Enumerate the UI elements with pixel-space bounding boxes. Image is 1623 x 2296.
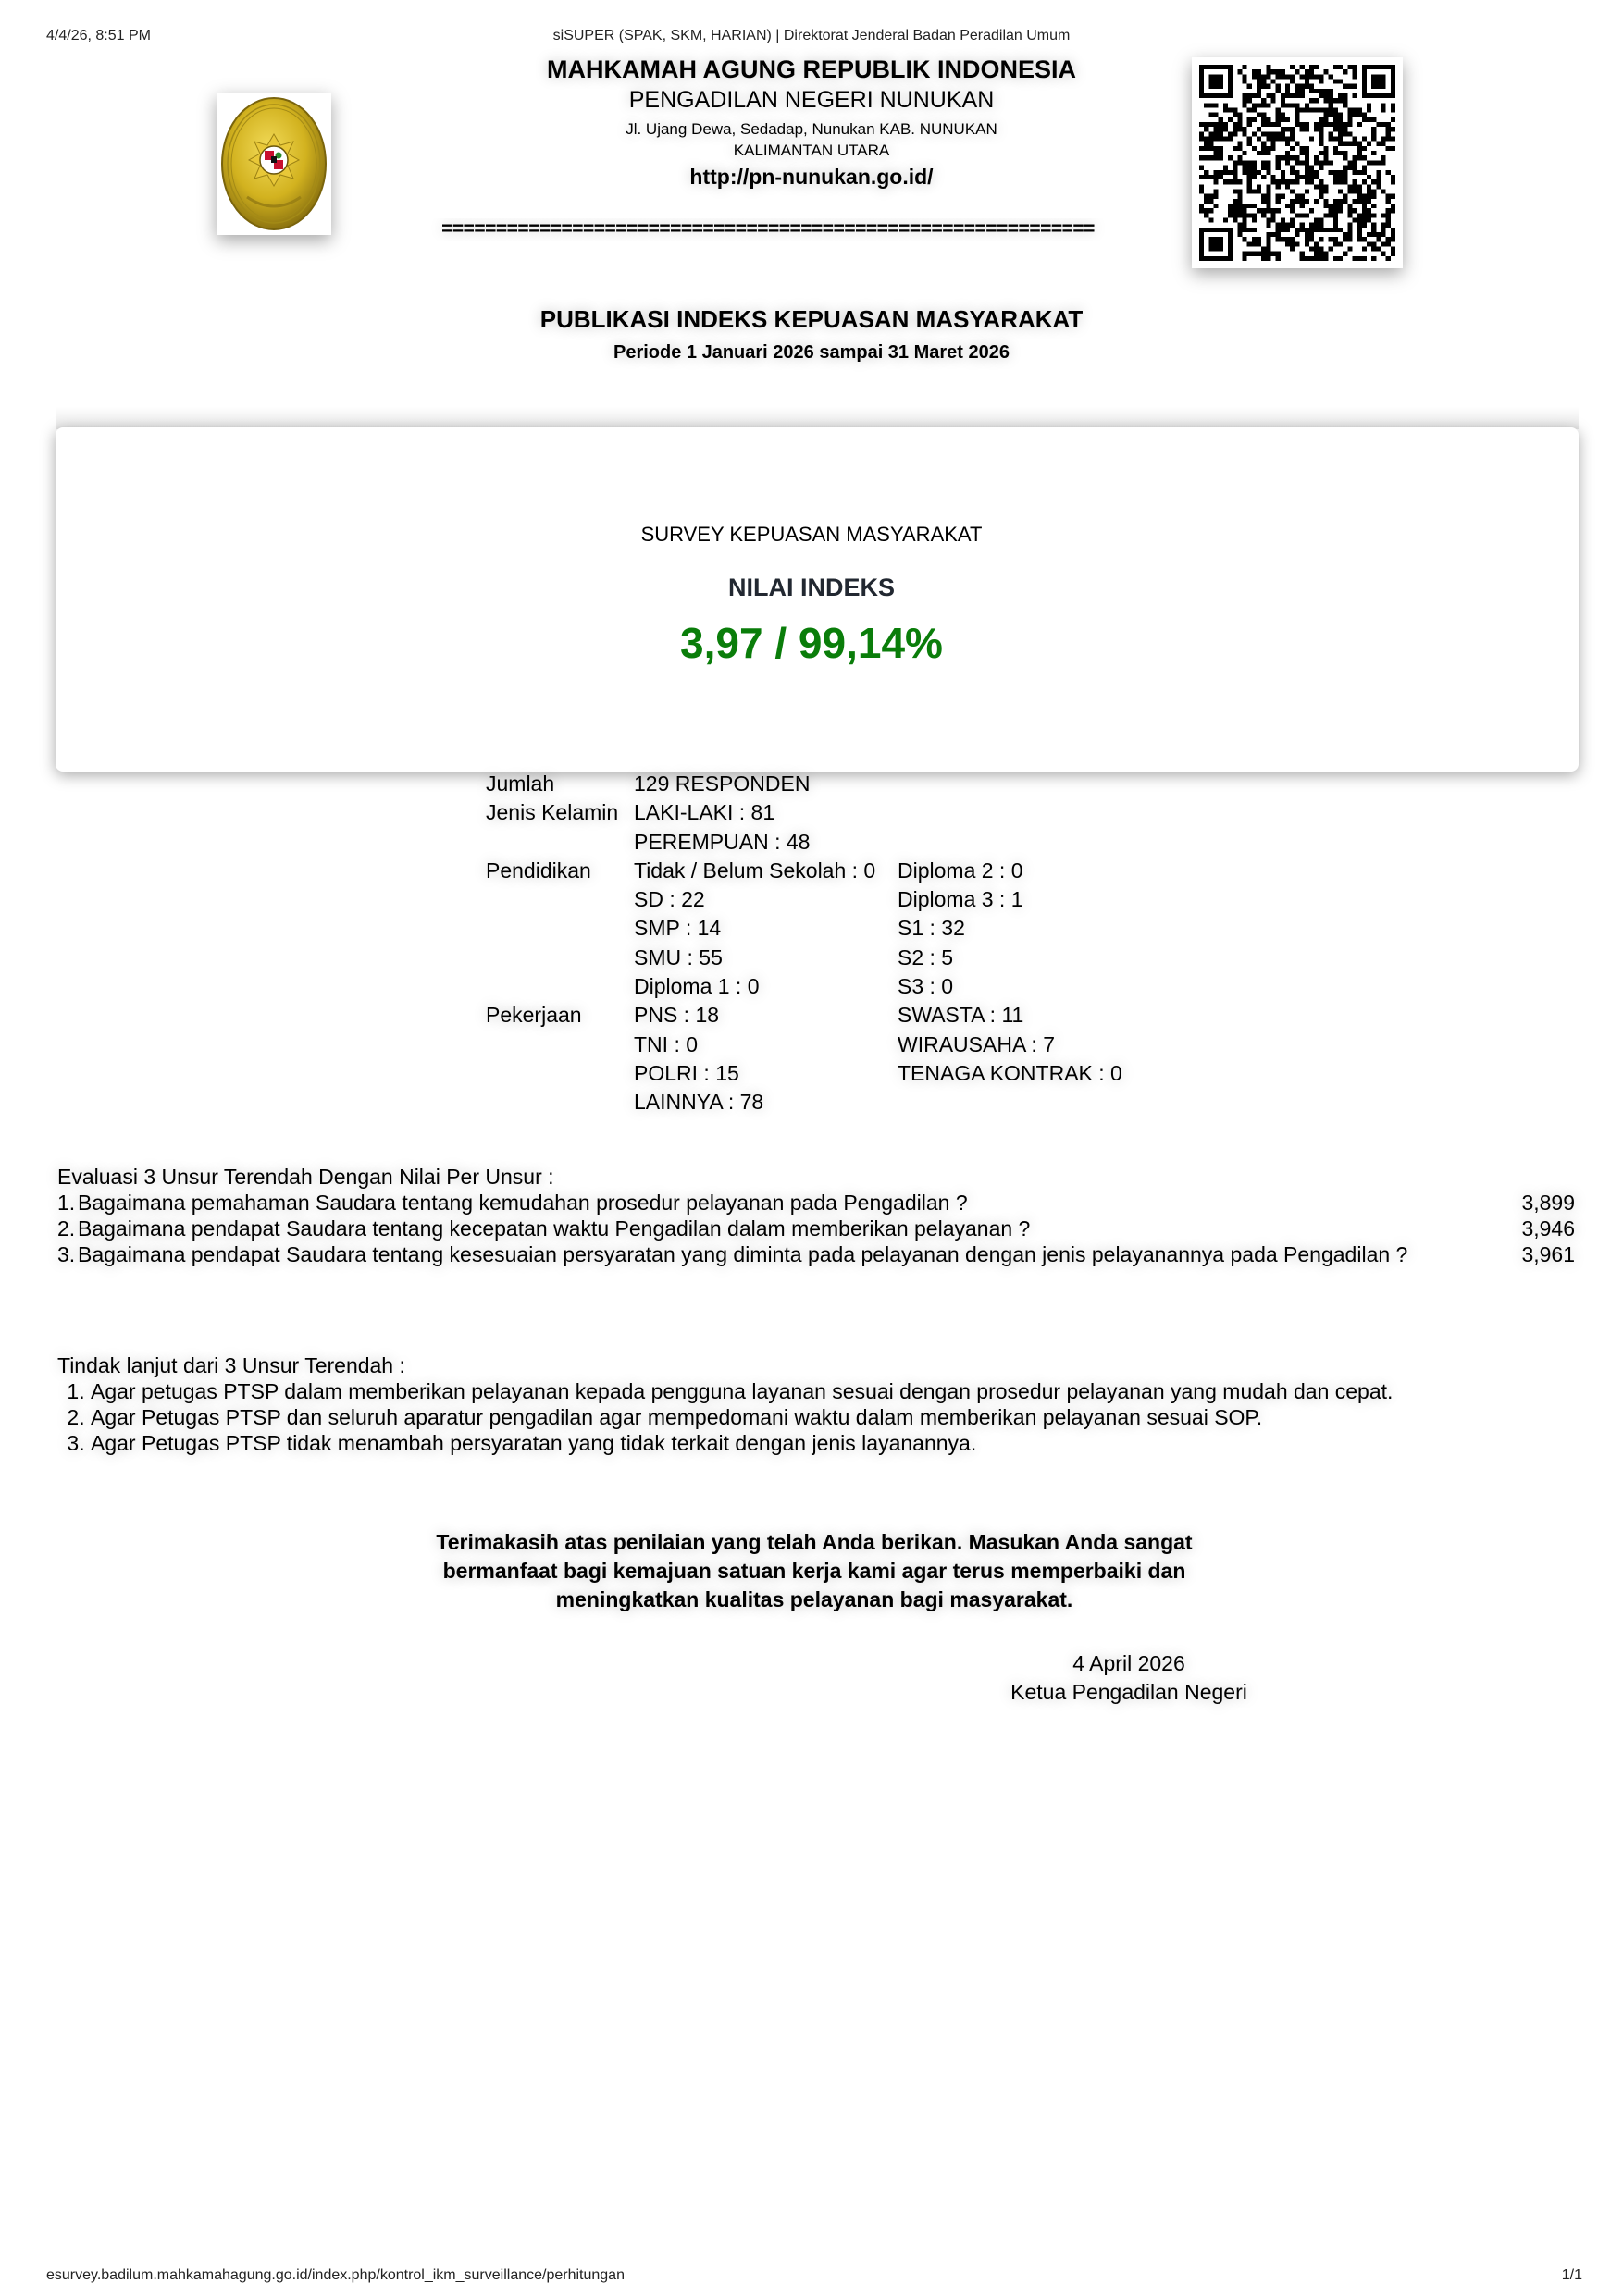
respondent-row: SMP : 14S1 : 32 — [486, 916, 1122, 944]
sign-date: 4 April 2026 — [990, 1651, 1268, 1676]
follow-up-item: Agar Petugas PTSP tidak menambah persyar… — [91, 1430, 1584, 1456]
respondent-row: PekerjaanPNS : 18SWASTA : 11 — [486, 1003, 1122, 1031]
follow-up-list: Agar petugas PTSP dalam memberikan pelay… — [57, 1378, 1584, 1456]
respondent-row: Jenis KelaminLAKI-LAKI : 81 — [486, 800, 1122, 829]
evaluation-score: 3,961 — [1518, 1241, 1575, 1267]
respondent-category — [486, 945, 634, 974]
qr-code — [1192, 57, 1403, 268]
respondent-category: Jumlah — [486, 772, 634, 800]
respondent-value: SMU : 55 — [634, 945, 898, 974]
respondent-value: Tidak / Belum Sekolah : 0 — [634, 858, 898, 887]
respondent-category: Pekerjaan — [486, 1003, 634, 1031]
respondent-category — [486, 916, 634, 944]
respondent-value: Diploma 3 : 1 — [898, 887, 1122, 916]
respondent-row: POLRI : 15TENAGA KONTRAK : 0 — [486, 1061, 1122, 1090]
evaluation-item: 2.Bagaimana pendapat Saudara tentang kec… — [57, 1216, 1575, 1241]
evaluation-score: 3,899 — [1518, 1190, 1575, 1216]
respondent-row: Jumlah129 RESPONDEN — [486, 772, 1122, 800]
respondent-value: TENAGA KONTRAK : 0 — [898, 1061, 1122, 1090]
index-value: 3,97 / 99,14% — [0, 618, 1623, 668]
evaluation-number: 1. — [57, 1190, 78, 1216]
respondent-value: SD : 22 — [634, 887, 898, 916]
respondent-value — [898, 772, 1122, 800]
respondent-value: PEREMPUAN : 48 — [634, 830, 898, 858]
respondent-value: WIRAUSAHA : 7 — [898, 1032, 1122, 1061]
evaluation-number: 2. — [57, 1216, 78, 1241]
respondent-row: LAINNYA : 78 — [486, 1090, 1122, 1118]
respondent-value: Diploma 1 : 0 — [634, 974, 898, 1003]
respondent-value: Diploma 2 : 0 — [898, 858, 1122, 887]
evaluation-item: 3.Bagaimana pendapat Saudara tentang kes… — [57, 1241, 1575, 1267]
card-shadow — [56, 407, 1579, 429]
respondent-value: S2 : 5 — [898, 945, 1122, 974]
evaluation-number: 3. — [57, 1241, 78, 1267]
respondent-category — [486, 1032, 634, 1061]
respondent-value: SMP : 14 — [634, 916, 898, 944]
evaluation-section: Evaluasi 3 Unsur Terendah Dengan Nilai P… — [57, 1164, 1575, 1267]
thanks-message: Terimakasih atas penilaian yang telah An… — [398, 1528, 1231, 1614]
respondent-row: SMU : 55S2 : 5 — [486, 945, 1122, 974]
respondent-row: PendidikanTidak / Belum Sekolah : 0Diplo… — [486, 858, 1122, 887]
report-period: Periode 1 Januari 2026 sampai 31 Maret 2… — [0, 342, 1623, 364]
respondent-value: LAKI-LAKI : 81 — [634, 800, 898, 829]
respondent-value: PNS : 18 — [634, 1003, 898, 1031]
follow-up-heading: Tindak lanjut dari 3 Unsur Terendah : — [57, 1352, 1584, 1378]
evaluation-item: 1.Bagaimana pemahaman Saudara tentang ke… — [57, 1190, 1575, 1216]
follow-up-item: Agar Petugas PTSP dan seluruh aparatur p… — [91, 1404, 1584, 1430]
respondent-row: Diploma 1 : 0S3 : 0 — [486, 974, 1122, 1003]
respondent-row: TNI : 0WIRAUSAHA : 7 — [486, 1032, 1122, 1061]
evaluation-score: 3,946 — [1518, 1216, 1575, 1241]
report-title: PUBLIKASI INDEKS KEPUASAN MASYARAKAT — [0, 305, 1623, 334]
respondent-value — [898, 1090, 1122, 1118]
respondent-row: PEREMPUAN : 48 — [486, 830, 1122, 858]
respondent-value: TNI : 0 — [634, 1032, 898, 1061]
print-page-number: 1/1 — [1562, 2267, 1582, 2284]
respondent-category — [486, 887, 634, 916]
respondent-category — [486, 974, 634, 1003]
letterhead-divider: ========================================… — [361, 218, 1175, 241]
evaluation-question: Bagaimana pendapat Saudara tentang keses… — [78, 1241, 1518, 1267]
respondent-value: 129 RESPONDEN — [634, 772, 898, 800]
respondent-value: LAINNYA : 78 — [634, 1090, 898, 1118]
respondent-value: S1 : 32 — [898, 916, 1122, 944]
evaluation-heading: Evaluasi 3 Unsur Terendah Dengan Nilai P… — [57, 1164, 1575, 1190]
print-page-title: siSUPER (SPAK, SKM, HARIAN) | Direktorat… — [0, 28, 1623, 44]
respondent-category — [486, 1090, 634, 1118]
print-footer-url: esurvey.badilum.mahkamahagung.go.id/inde… — [46, 2267, 625, 2284]
court-logo — [217, 93, 331, 235]
respondent-value: S3 : 0 — [898, 974, 1122, 1003]
follow-up-item: Agar petugas PTSP dalam memberikan pelay… — [91, 1378, 1584, 1404]
respondent-category: Jenis Kelamin — [486, 800, 634, 829]
qr-code-icon — [1199, 65, 1395, 261]
evaluation-question: Bagaimana pemahaman Saudara tentang kemu… — [78, 1190, 1518, 1216]
index-label: NILAI INDEKS — [0, 574, 1623, 602]
respondent-value: SWASTA : 11 — [898, 1003, 1122, 1031]
respondent-value — [898, 800, 1122, 829]
respondent-value: POLRI : 15 — [634, 1061, 898, 1090]
evaluation-question: Bagaimana pendapat Saudara tentang kecep… — [78, 1216, 1518, 1241]
follow-up-section: Tindak lanjut dari 3 Unsur Terendah : Ag… — [57, 1352, 1584, 1456]
respondent-category: Pendidikan — [486, 858, 634, 887]
respondent-category — [486, 1061, 634, 1090]
respondent-row: SD : 22Diploma 3 : 1 — [486, 887, 1122, 916]
signatory-title: Ketua Pengadilan Negeri — [990, 1680, 1268, 1705]
respondent-value — [898, 830, 1122, 858]
respondent-category — [486, 830, 634, 858]
mahkamah-agung-emblem-icon — [219, 95, 328, 232]
respondents-table: Jumlah129 RESPONDENJenis KelaminLAKI-LAK… — [486, 772, 1122, 1119]
card-heading: SURVEY KEPUASAN MASYARAKAT — [0, 523, 1623, 547]
